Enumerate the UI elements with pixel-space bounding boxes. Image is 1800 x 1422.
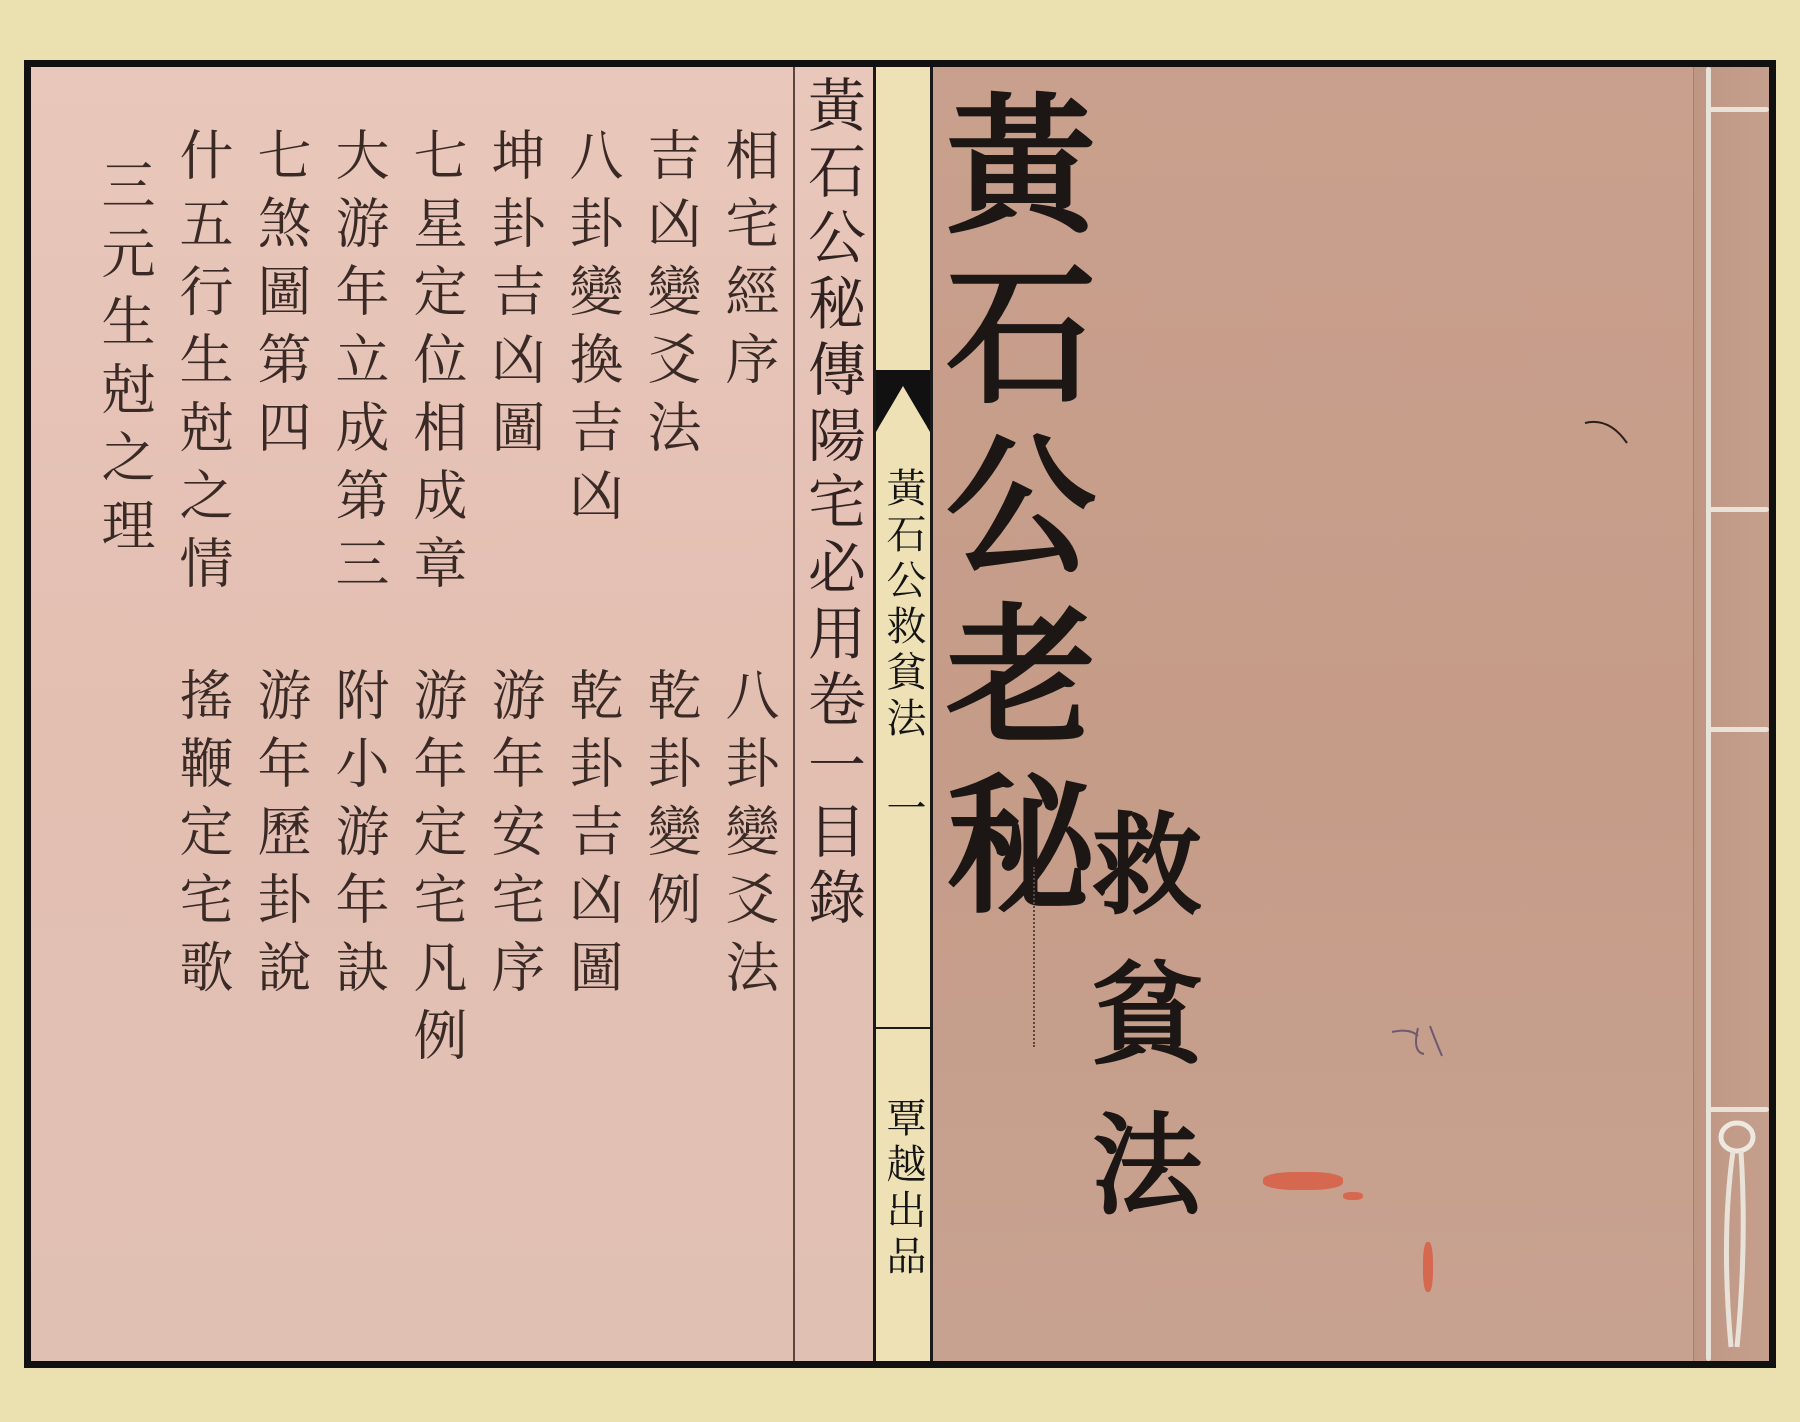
red-stain [1423,1242,1433,1292]
toc-entry: 八卦變爻法 [721,667,775,1007]
toc-entry: 七煞圖第四 [253,127,307,467]
ink-scratch-icon [1583,417,1633,447]
spine-volume: 一 [883,787,923,833]
column-rule [793,67,795,1361]
toc-entry: 乾卦變例 [643,667,697,939]
binding-stitch [1707,507,1769,512]
cover-subtitle: 救貧法 [1083,807,1193,1257]
toc-entry: 游年歷卦說 [253,667,307,1007]
toc-entry: 附小游年訣 [331,667,385,1007]
toc-entry: 七星定位相成章 [409,127,463,603]
book-cover: 黃石公老秘 救貧法 [933,67,1769,1361]
red-stain [1263,1172,1343,1190]
toc-entry: 大游年立成第三 [331,127,385,603]
toc-entry: 吉凶變爻法 [643,127,697,467]
toc-entry: 八卦變換吉凶 [565,127,619,535]
toc-heading: 黃石公秘傳陽宅必用卷一目錄 [803,75,861,933]
thread-knot-icon [1707,1097,1767,1357]
toc-entry: 什五行生尅之情 [175,127,229,603]
pencil-mark-icon [1390,1022,1460,1062]
toc-entry: 坤卦吉凶圖 [487,127,541,467]
toc-entry: 相宅經序 [721,127,775,399]
toc-entry: 游年安宅序 [487,667,541,1007]
spine-title: 黃石公救貧法 [883,467,923,743]
spine-publisher: 覃越出品 [883,1097,923,1281]
binding-stitch [1707,727,1769,732]
cover-title: 黃石公老秘 [933,87,1083,937]
cover-dotted-line [1033,867,1036,1047]
table-of-contents-page: 黃石公秘傳陽宅必用卷一目錄 相宅經序 吉凶變爻法 八卦變換吉凶 坤卦吉凶圖 七星… [31,67,873,1361]
toc-entry: 搖鞭定宅歌 [175,667,229,1007]
toc-entry: 游年定宅凡例 [409,667,463,1075]
toc-entry: 乾卦吉凶圖 [565,667,619,1007]
red-stain [1343,1192,1363,1200]
binding-stitch [1707,107,1769,112]
toc-entry: 三元生尅之理 [97,157,151,565]
spine-divider [876,1027,930,1029]
